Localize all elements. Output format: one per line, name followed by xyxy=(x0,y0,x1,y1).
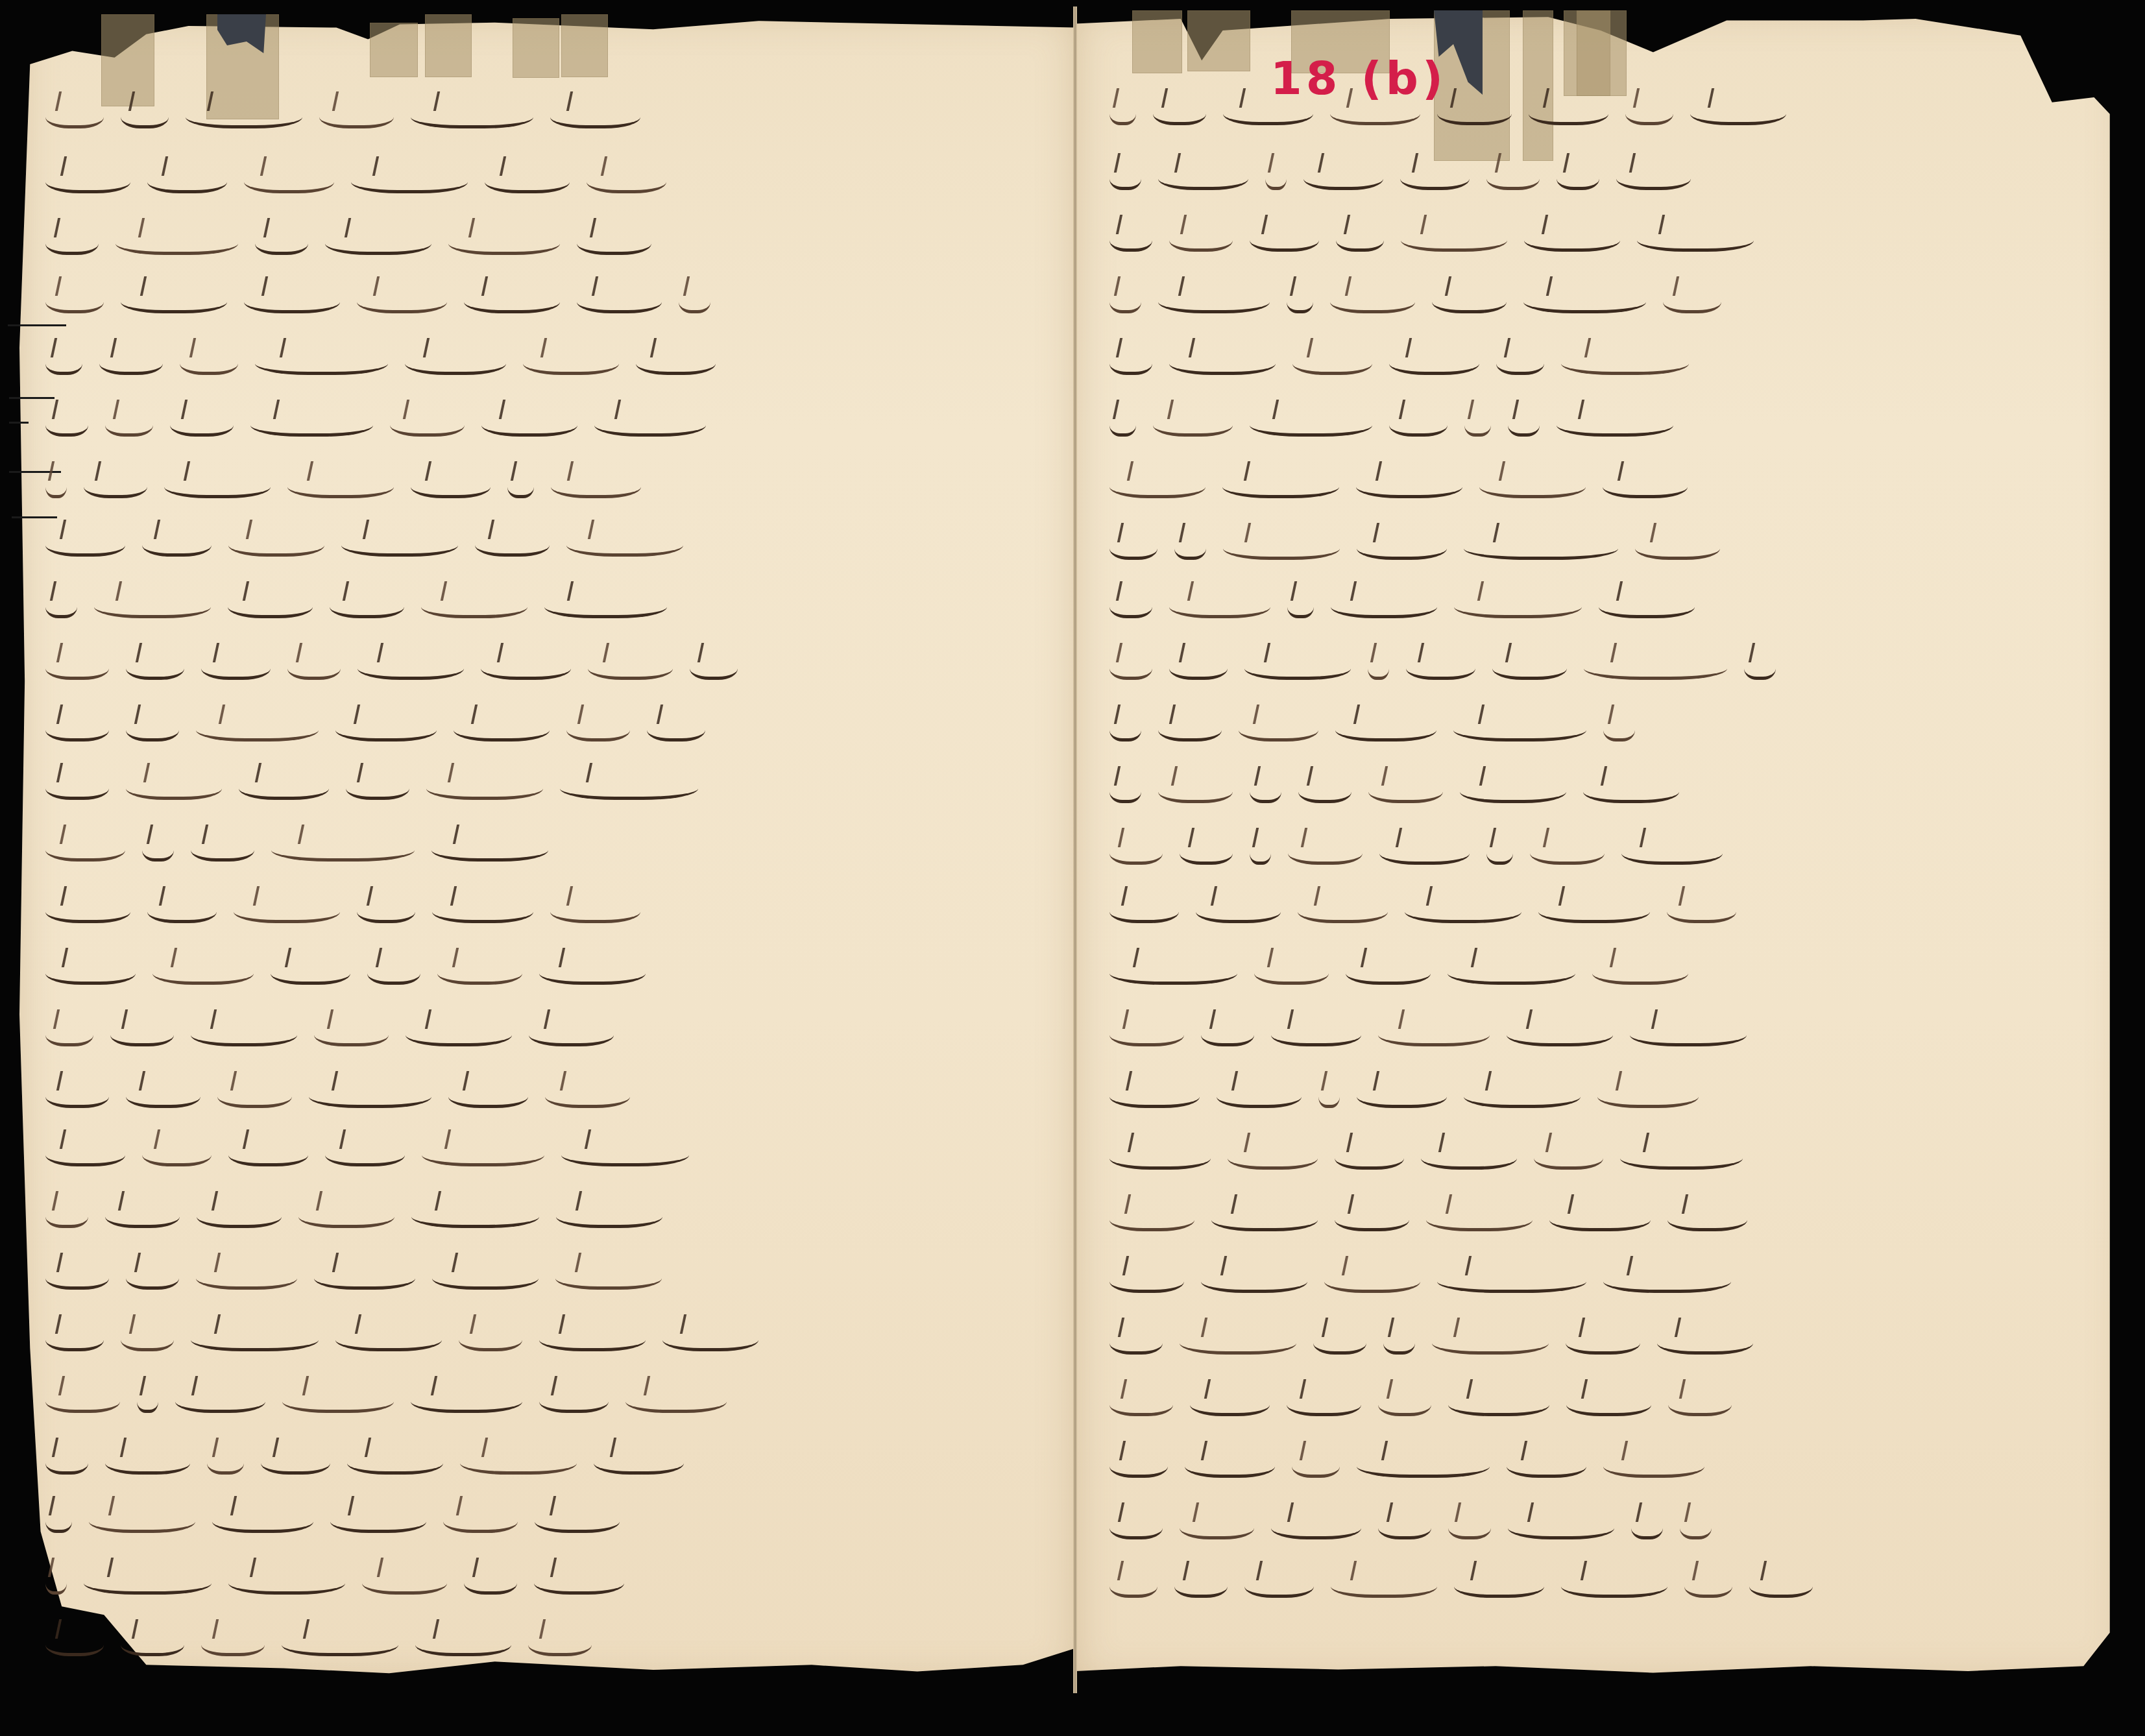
handwritten-word xyxy=(448,236,560,255)
handwritten-word xyxy=(255,236,308,255)
handwritten-word xyxy=(1524,233,1620,252)
handwritten-line xyxy=(1109,535,1720,565)
handwritten-word xyxy=(1223,106,1313,125)
handwritten-word xyxy=(1109,1089,1200,1108)
handwritten-word xyxy=(539,966,646,985)
handwritten-word xyxy=(105,1209,180,1228)
handwritten-word xyxy=(367,966,420,985)
handwritten-line xyxy=(45,532,683,562)
handwritten-line xyxy=(1109,960,1688,990)
paper-crack xyxy=(9,422,29,424)
handwritten-word xyxy=(1109,1459,1168,1478)
handwritten-word xyxy=(115,236,238,255)
handwritten-word xyxy=(1109,1336,1163,1355)
handwritten-word xyxy=(45,1148,125,1166)
handwritten-word xyxy=(1109,1579,1157,1598)
handwritten-word xyxy=(1158,784,1233,803)
handwritten-word xyxy=(45,479,67,498)
handwritten-word xyxy=(636,356,716,375)
handwritten-word xyxy=(1368,784,1443,803)
paper-crack xyxy=(8,324,66,326)
handwritten-word xyxy=(147,175,227,193)
handwritten-word xyxy=(1625,106,1673,125)
handwritten-word xyxy=(1169,233,1233,252)
paper-crack xyxy=(12,516,57,518)
handwritten-word xyxy=(341,538,458,557)
handwritten-word xyxy=(1599,599,1695,618)
handwritten-word xyxy=(1530,846,1605,865)
handwritten-line xyxy=(45,1632,592,1661)
binding-fold xyxy=(1073,6,1077,1693)
handwritten-word xyxy=(45,843,125,862)
handwritten-word xyxy=(1378,1397,1431,1416)
handwritten-word xyxy=(1158,723,1222,741)
handwritten-word xyxy=(1109,599,1152,618)
handwritten-word xyxy=(1400,171,1470,190)
handwritten-word xyxy=(556,1209,662,1228)
handwritten-word xyxy=(201,661,271,680)
handwritten-word xyxy=(625,1394,727,1413)
handwritten-word xyxy=(250,418,373,437)
repair-tape xyxy=(425,14,472,77)
handwritten-word xyxy=(1492,661,1567,680)
handwritten-word xyxy=(1324,1274,1420,1293)
handwritten-word xyxy=(1437,106,1512,125)
handwritten-word xyxy=(539,1394,609,1413)
handwritten-word xyxy=(1109,1274,1184,1293)
handwritten-word xyxy=(1507,1028,1613,1046)
handwritten-line xyxy=(1109,412,1673,442)
handwritten-word xyxy=(1318,1089,1340,1108)
repair-tape xyxy=(1577,10,1627,96)
handwritten-word xyxy=(1621,846,1723,865)
handwritten-line xyxy=(1109,165,1691,195)
handwritten-word xyxy=(45,1514,72,1533)
handwritten-word xyxy=(1749,1579,1813,1598)
handwritten-word xyxy=(1680,1521,1712,1539)
handwritten-word xyxy=(1109,1521,1163,1539)
handwritten-word xyxy=(1250,418,1372,437)
handwritten-word xyxy=(1557,171,1599,190)
handwritten-word xyxy=(1109,233,1152,252)
handwritten-line xyxy=(45,1142,689,1172)
handwritten-word xyxy=(1250,846,1271,865)
handwritten-line xyxy=(1109,655,1776,685)
handwritten-word xyxy=(534,1576,624,1595)
handwritten-line xyxy=(45,350,716,380)
handwritten-word xyxy=(45,175,130,193)
paper-crack xyxy=(9,397,55,399)
handwritten-word xyxy=(228,599,313,618)
handwritten-word xyxy=(679,295,710,313)
handwritten-word xyxy=(121,110,169,128)
handwritten-word xyxy=(415,1637,511,1656)
handwritten-word xyxy=(1561,1579,1667,1598)
handwritten-word xyxy=(45,356,82,375)
handwritten-word xyxy=(647,723,705,741)
handwritten-word xyxy=(1109,846,1163,865)
handwritten-word xyxy=(1335,1212,1409,1231)
handwritten-word xyxy=(45,1271,109,1290)
paper-crack xyxy=(9,471,61,473)
handwritten-word xyxy=(529,1028,614,1046)
handwritten-word xyxy=(535,1514,620,1533)
handwritten-word xyxy=(45,904,130,923)
handwritten-word xyxy=(1448,1521,1491,1539)
handwritten-line xyxy=(1109,1022,1747,1052)
handwritten-word xyxy=(191,1028,297,1046)
handwritten-word xyxy=(287,661,341,680)
handwritten-line xyxy=(1109,778,1679,808)
handwritten-word xyxy=(1109,1028,1184,1046)
handwritten-word xyxy=(566,538,683,557)
handwritten-word xyxy=(261,1456,330,1475)
handwritten-word xyxy=(1453,723,1586,741)
handwritten-word xyxy=(1196,904,1281,923)
handwritten-word xyxy=(405,356,506,375)
handwritten-word xyxy=(1663,295,1721,313)
handwritten-word xyxy=(191,843,254,862)
handwritten-word xyxy=(271,843,415,862)
handwritten-word xyxy=(560,781,698,800)
handwritten-word xyxy=(1335,1151,1404,1170)
handwritten-word xyxy=(105,1456,190,1475)
handwritten-word xyxy=(1437,1274,1586,1293)
handwritten-word xyxy=(1454,1579,1544,1598)
handwritten-word xyxy=(1201,1028,1254,1046)
handwritten-word xyxy=(1534,1151,1603,1170)
handwritten-word xyxy=(126,723,179,741)
handwritten-word xyxy=(121,1637,184,1656)
handwritten-word xyxy=(1592,966,1688,985)
handwritten-word xyxy=(325,236,431,255)
handwritten-word xyxy=(45,236,99,255)
handwritten-word xyxy=(1223,541,1340,560)
handwritten-line xyxy=(1109,350,1689,380)
handwritten-word xyxy=(1507,1459,1586,1478)
handwritten-word xyxy=(335,1332,442,1351)
handwritten-line xyxy=(1109,1573,1813,1603)
handwritten-word xyxy=(244,295,340,313)
handwritten-word xyxy=(45,1028,93,1046)
handwritten-word xyxy=(244,175,334,193)
handwritten-line xyxy=(45,1327,758,1356)
repair-tape xyxy=(370,23,418,77)
handwritten-word xyxy=(105,418,153,437)
handwritten-word xyxy=(411,110,533,128)
handwritten-word xyxy=(1460,784,1566,803)
handwritten-line xyxy=(1109,1207,1747,1236)
handwritten-word xyxy=(544,599,667,618)
handwritten-word xyxy=(351,175,468,193)
handwritten-word xyxy=(551,479,641,498)
handwritten-word xyxy=(1158,171,1248,190)
handwritten-word xyxy=(45,966,136,985)
handwritten-word xyxy=(1496,356,1544,375)
handwritten-word xyxy=(1603,723,1635,741)
handwritten-word xyxy=(426,781,543,800)
handwritten-word xyxy=(89,1514,195,1533)
handwritten-word xyxy=(121,1332,174,1351)
handwritten-word xyxy=(1356,479,1462,498)
handwritten-word xyxy=(1667,904,1736,923)
handwritten-word xyxy=(1254,966,1329,985)
handwritten-word xyxy=(1401,233,1507,252)
handwritten-word xyxy=(84,479,147,498)
handwritten-word xyxy=(357,295,447,313)
handwritten-word xyxy=(1287,599,1314,618)
handwritten-line xyxy=(45,104,640,134)
handwritten-word xyxy=(561,1148,689,1166)
handwritten-word xyxy=(1448,966,1575,985)
handwritten-word xyxy=(1635,541,1720,560)
handwritten-word xyxy=(1109,1151,1211,1170)
handwritten-word xyxy=(1378,1521,1431,1539)
handwritten-word xyxy=(45,599,77,618)
handwritten-word xyxy=(207,1456,244,1475)
handwritten-word xyxy=(228,1576,345,1595)
handwritten-word xyxy=(45,418,88,437)
handwritten-word xyxy=(1222,479,1339,498)
repair-tape xyxy=(561,14,608,77)
handwritten-word xyxy=(1657,1336,1753,1355)
handwritten-word xyxy=(1603,479,1688,498)
handwritten-word xyxy=(346,781,409,800)
handwritten-line xyxy=(45,289,710,319)
handwritten-word xyxy=(1313,1336,1366,1355)
handwritten-word xyxy=(545,1089,630,1108)
handwritten-word xyxy=(45,1637,104,1656)
handwritten-word xyxy=(1479,479,1586,498)
handwritten-word xyxy=(1684,1579,1732,1598)
handwritten-word xyxy=(196,723,319,741)
handwritten-word xyxy=(1180,846,1233,865)
handwritten-word xyxy=(1244,661,1351,680)
handwritten-word xyxy=(282,1394,394,1413)
handwritten-word xyxy=(454,723,550,741)
handwritten-word xyxy=(1250,784,1281,803)
handwritten-word xyxy=(1464,418,1491,437)
handwritten-word xyxy=(1109,295,1141,313)
handwritten-word xyxy=(448,1089,528,1108)
handwritten-word xyxy=(1180,1336,1296,1355)
handwritten-word xyxy=(255,356,388,375)
handwritten-word xyxy=(152,966,254,985)
handwritten-line xyxy=(45,655,738,685)
handwritten-word xyxy=(406,1028,512,1046)
handwritten-word xyxy=(45,1394,120,1413)
handwritten-word xyxy=(1432,295,1507,313)
handwritten-word xyxy=(330,1514,426,1533)
handwritten-word xyxy=(432,904,533,923)
handwritten-word xyxy=(142,538,212,557)
handwritten-word xyxy=(1448,1397,1549,1416)
handwritten-line xyxy=(1109,289,1721,319)
handwritten-word xyxy=(142,1148,212,1166)
handwritten-word xyxy=(126,661,184,680)
handwritten-word xyxy=(45,110,104,128)
handwritten-word xyxy=(1109,479,1206,498)
handwritten-word xyxy=(431,843,548,862)
handwritten-word xyxy=(411,1209,539,1228)
handwritten-word xyxy=(1378,1028,1490,1046)
handwritten-word xyxy=(588,661,673,680)
handwritten-word xyxy=(1158,295,1270,313)
handwritten-word xyxy=(1292,1459,1340,1478)
repair-tape xyxy=(1523,10,1553,161)
handwritten-word xyxy=(475,538,550,557)
handwritten-word xyxy=(282,1637,398,1656)
handwritten-word xyxy=(126,781,222,800)
handwritten-word xyxy=(1190,1397,1270,1416)
handwritten-word xyxy=(1557,418,1673,437)
handwritten-word xyxy=(1211,1212,1318,1231)
handwritten-word xyxy=(1153,418,1233,437)
handwritten-word xyxy=(196,1271,297,1290)
handwritten-line xyxy=(45,169,666,199)
handwritten-line xyxy=(45,960,646,990)
handwritten-word xyxy=(121,295,227,313)
handwritten-word xyxy=(577,295,662,313)
handwritten-line xyxy=(1109,1392,1732,1421)
handwritten-word xyxy=(1405,904,1521,923)
handwritten-word xyxy=(1744,661,1776,680)
handwritten-word xyxy=(577,236,651,255)
handwritten-word xyxy=(507,479,534,498)
handwritten-word xyxy=(110,1028,174,1046)
handwritten-line xyxy=(1109,594,1695,623)
handwritten-word xyxy=(437,966,522,985)
handwritten-word xyxy=(1217,1089,1302,1108)
handwritten-word xyxy=(1331,1579,1437,1598)
handwritten-word xyxy=(45,781,109,800)
handwritten-word xyxy=(99,356,163,375)
handwritten-word xyxy=(84,1576,212,1595)
handwritten-word xyxy=(325,1148,405,1166)
handwritten-word xyxy=(1109,418,1136,437)
handwritten-word xyxy=(1529,106,1608,125)
handwritten-word xyxy=(1668,1397,1732,1416)
handwritten-word xyxy=(1109,106,1136,125)
handwritten-word xyxy=(1631,1521,1663,1539)
folio-number: 18 (b) xyxy=(1270,56,1447,101)
handwritten-word xyxy=(197,1209,282,1228)
handwritten-word xyxy=(460,1456,577,1475)
handwritten-word xyxy=(1549,1212,1651,1231)
handwritten-word xyxy=(1620,1151,1743,1170)
handwritten-word xyxy=(566,723,630,741)
handwritten-word xyxy=(690,661,738,680)
handwritten-word xyxy=(45,1332,104,1351)
handwritten-word xyxy=(481,661,571,680)
handwritten-word xyxy=(1228,1151,1318,1170)
handwritten-word xyxy=(335,723,437,741)
handwritten-word xyxy=(481,418,577,437)
handwritten-word xyxy=(1303,171,1383,190)
handwritten-word xyxy=(1153,106,1206,125)
repair-tape xyxy=(513,18,559,78)
handwritten-word xyxy=(1109,723,1141,741)
handwritten-word xyxy=(539,1332,646,1351)
handwritten-word xyxy=(357,904,415,923)
handwritten-word xyxy=(1346,966,1431,985)
handwritten-line xyxy=(45,474,641,503)
handwritten-word xyxy=(228,1148,308,1166)
handwritten-word xyxy=(432,1271,539,1290)
handwritten-word xyxy=(126,1089,200,1108)
handwritten-word xyxy=(1287,1397,1361,1416)
handwritten-line xyxy=(1109,1330,1753,1360)
handwritten-line xyxy=(45,1083,630,1113)
handwritten-word xyxy=(390,418,465,437)
handwritten-word xyxy=(1566,1336,1640,1355)
handwritten-line xyxy=(45,1508,620,1538)
handwritten-word xyxy=(1486,171,1540,190)
handwritten-word xyxy=(164,479,271,498)
handwritten-word xyxy=(528,1637,592,1656)
handwritten-word xyxy=(421,599,527,618)
handwritten-line xyxy=(1109,840,1723,870)
handwritten-word xyxy=(1250,233,1319,252)
handwritten-word xyxy=(347,1456,443,1475)
handwritten-word xyxy=(45,1456,88,1475)
handwritten-word xyxy=(180,356,238,375)
handwritten-word xyxy=(45,1576,67,1595)
handwritten-word xyxy=(1330,295,1415,313)
handwritten-word xyxy=(459,1332,522,1351)
handwritten-word xyxy=(234,904,340,923)
handwritten-word xyxy=(1406,661,1475,680)
handwritten-word xyxy=(662,1332,758,1351)
handwritten-word xyxy=(319,110,394,128)
handwritten-word xyxy=(1421,1151,1517,1170)
handwritten-word xyxy=(1690,106,1786,125)
handwritten-line xyxy=(45,1203,662,1233)
handwritten-line xyxy=(1109,227,1754,257)
handwritten-word xyxy=(45,1209,88,1228)
handwritten-line xyxy=(1109,474,1688,503)
handwritten-word xyxy=(1185,1459,1275,1478)
handwritten-line xyxy=(45,1388,727,1418)
handwritten-word xyxy=(170,418,234,437)
handwritten-word xyxy=(1109,356,1152,375)
handwritten-word xyxy=(1109,1397,1173,1416)
handwritten-word xyxy=(1584,661,1727,680)
handwritten-word xyxy=(94,599,211,618)
handwritten-word xyxy=(330,599,404,618)
handwritten-word xyxy=(362,1576,447,1595)
handwritten-word xyxy=(1244,1579,1314,1598)
handwritten-word xyxy=(422,1148,544,1166)
handwritten-word xyxy=(1287,295,1313,313)
handwritten-word xyxy=(45,1089,109,1108)
handwritten-word xyxy=(1357,1089,1447,1108)
handwritten-word xyxy=(309,1089,431,1108)
handwritten-word xyxy=(217,1089,292,1108)
handwritten-line xyxy=(1109,1453,1704,1483)
handwritten-word xyxy=(1603,1274,1731,1293)
handwritten-word xyxy=(175,1394,265,1413)
handwritten-word xyxy=(191,1332,319,1351)
handwritten-word xyxy=(594,1456,684,1475)
handwritten-word xyxy=(1335,723,1436,741)
handwritten-word xyxy=(1331,599,1437,618)
handwritten-word xyxy=(1464,1089,1581,1108)
handwritten-line xyxy=(45,230,651,260)
handwritten-line xyxy=(45,717,705,747)
handwritten-word xyxy=(1271,1028,1361,1046)
handwritten-word xyxy=(464,1576,517,1595)
